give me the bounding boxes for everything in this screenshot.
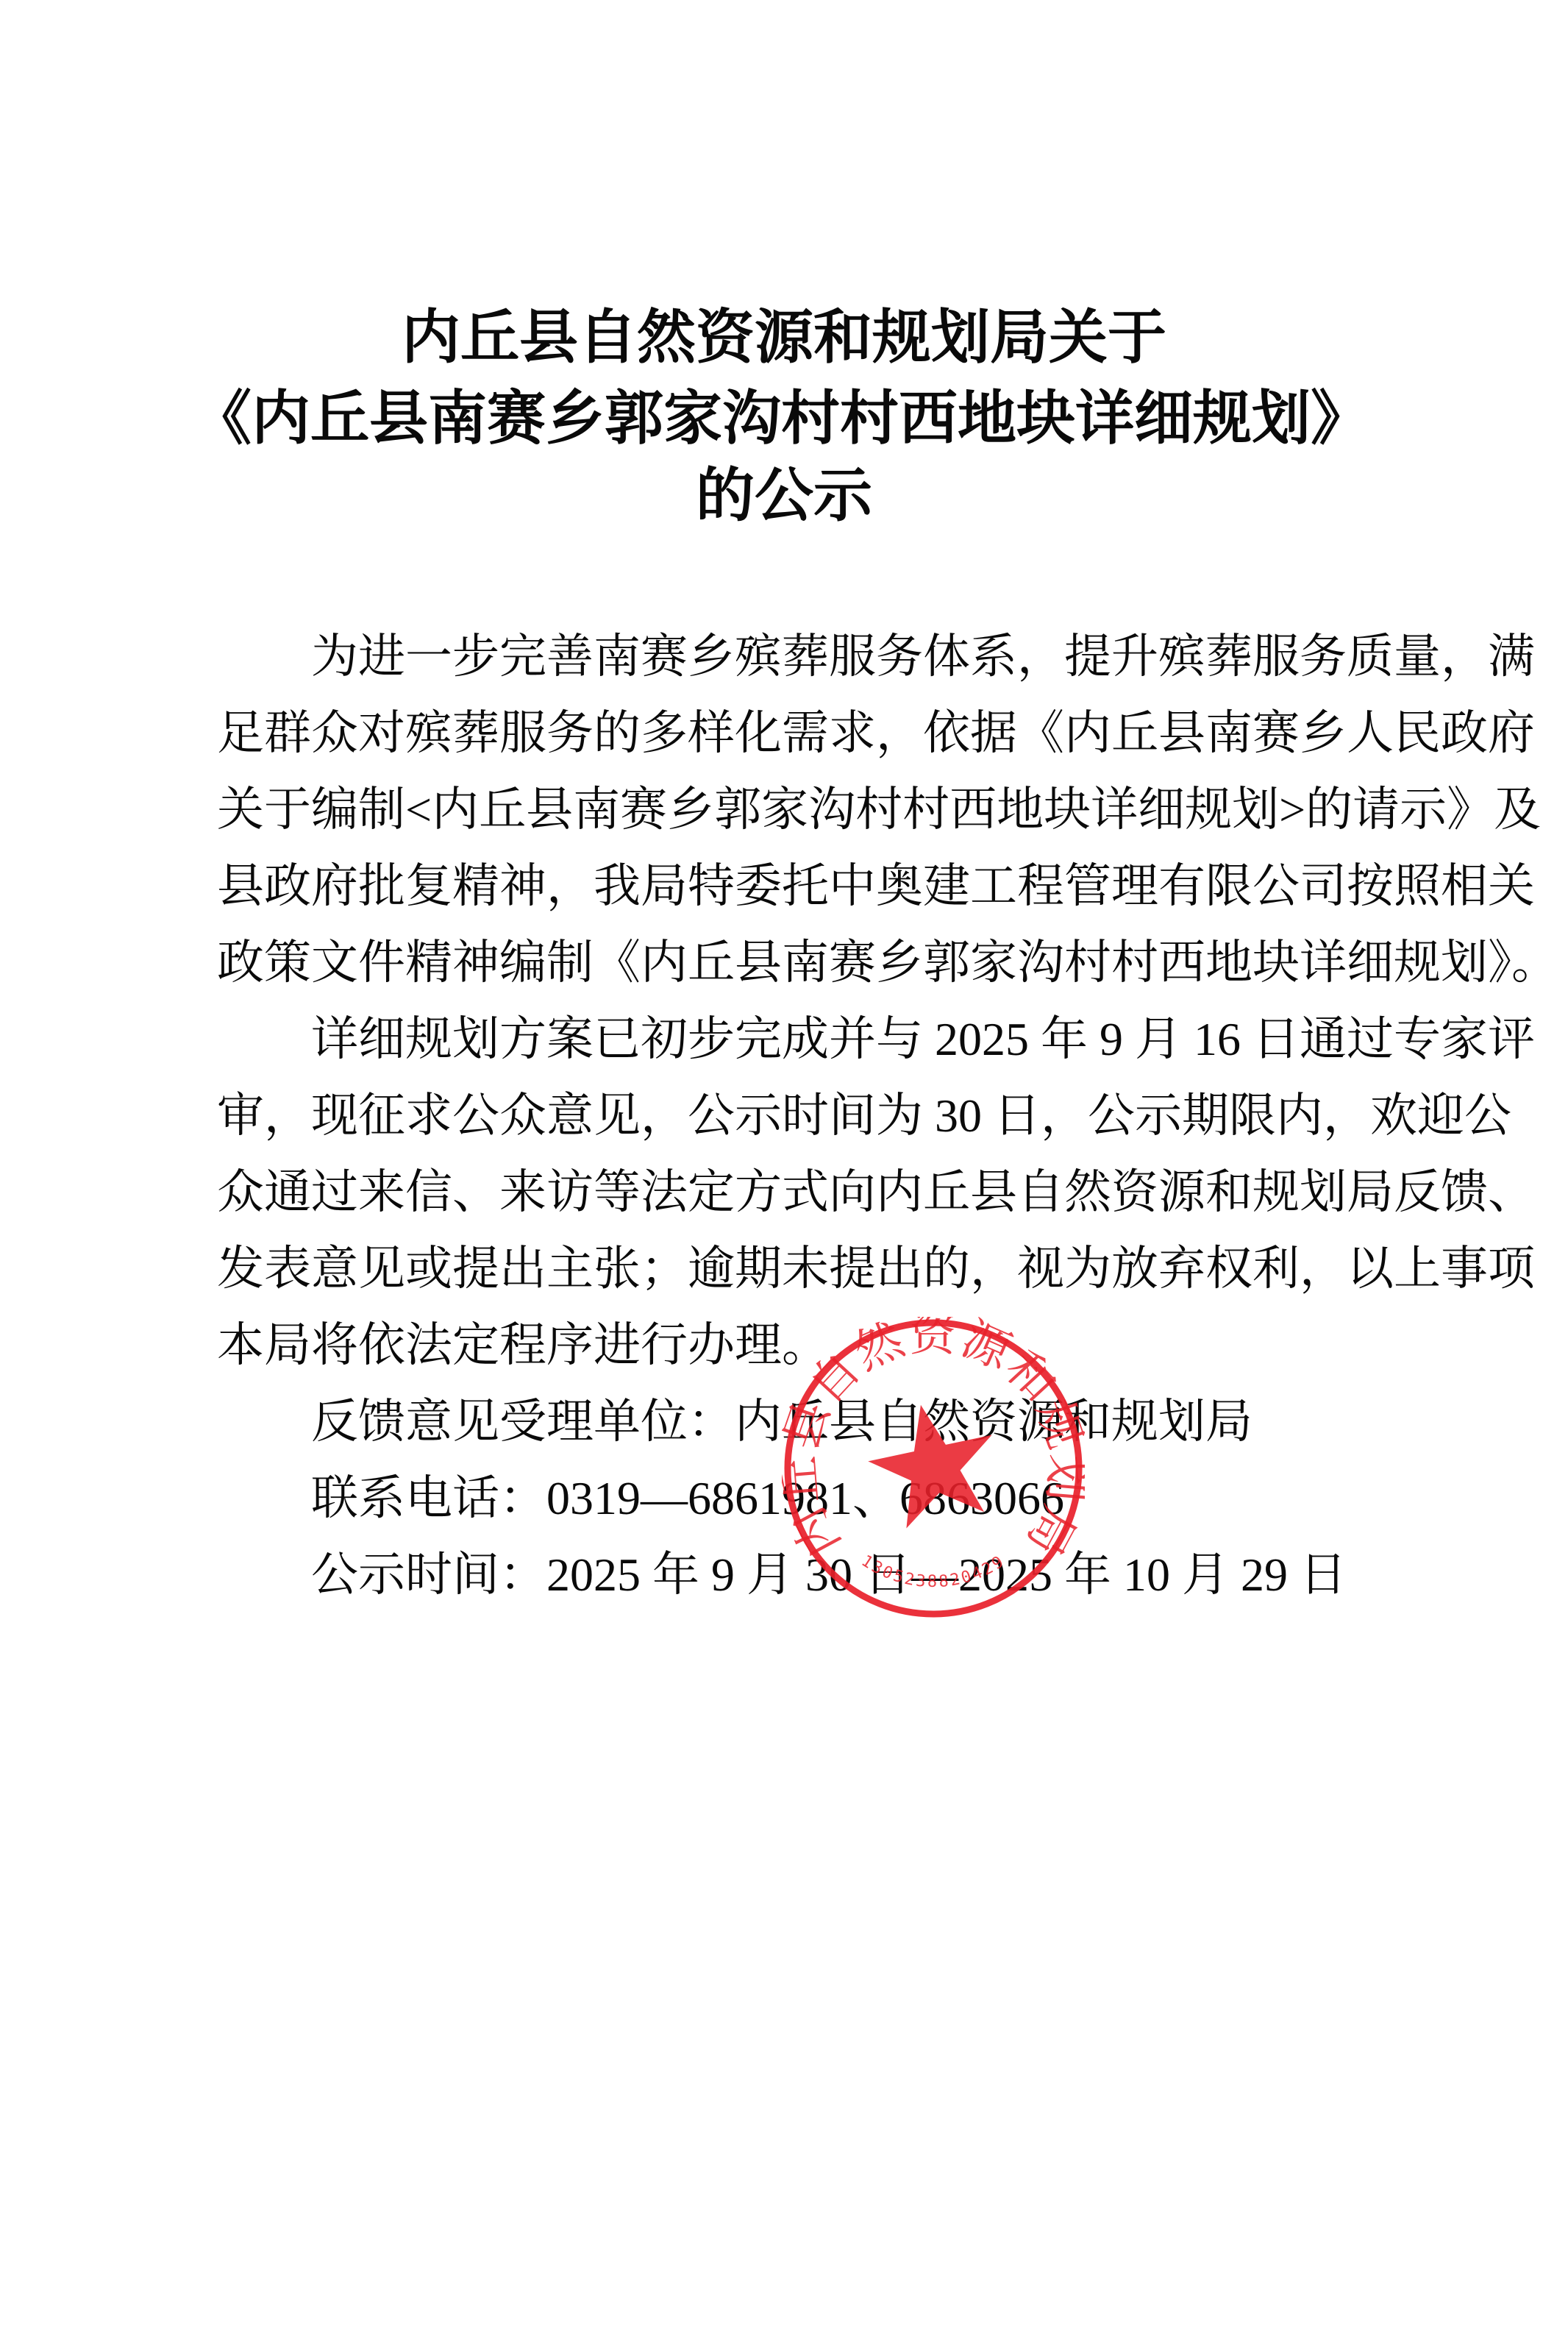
title-line-1: 内丘县自然资源和规划局关于 (0, 298, 1568, 379)
body-line: 众通过来信、来访等法定方式向内丘县自然资源和规划局反馈、 (217, 1154, 1394, 1231)
body-line: 县政府批复精神，我局特委托中奥建工程管理有限公司按照相关 (217, 848, 1394, 925)
title-line-2: 《内丘县南赛乡郭家沟村村西地块详细规划》 (0, 379, 1565, 460)
body-line: 审，现征求公众意见，公示时间为 30 日，公示期限内，欢迎公 (217, 1078, 1394, 1154)
body-line: 足群众对殡葬服务的多样化需求，依据《内丘县南赛乡人民政府 (217, 695, 1394, 772)
contact-phone: 联系电话：0319—6861981、6863066 (311, 1460, 1394, 1537)
body-line: 政策文件精神编制《内丘县南赛乡郭家沟村村西地块详细规划》。 (217, 925, 1394, 1001)
body-line: 详细规划方案已初步完成并与 2025 年 9 月 16 日通过专家评 (311, 1001, 1394, 1078)
body-line: 关于编制<内丘县南赛乡郭家沟村村西地块详细规划>的请示》及 (217, 772, 1394, 848)
title-line-3: 的公示 (0, 456, 1568, 537)
feedback-unit: 反馈意见受理单位：内丘县自然资源和规划局 (311, 1384, 1394, 1460)
publicity-period: 公示时间：2025 年 9 月 30 日—2025 年 10 月 29 日 (311, 1537, 1394, 1613)
body-line: 为进一步完善南赛乡殡葬服务体系，提升殡葬服务质量，满 (311, 619, 1394, 695)
document-page: 内丘县自然资源和规划局关于 《内丘县南赛乡郭家沟村村西地块详细规划》 的公示 为… (0, 0, 1568, 2346)
body-line: 本局将依法定程序进行办理。 (217, 1307, 1394, 1384)
body-line: 发表意见或提出主张；逾期未提出的，视为放弃权利，以上事项 (217, 1231, 1394, 1307)
